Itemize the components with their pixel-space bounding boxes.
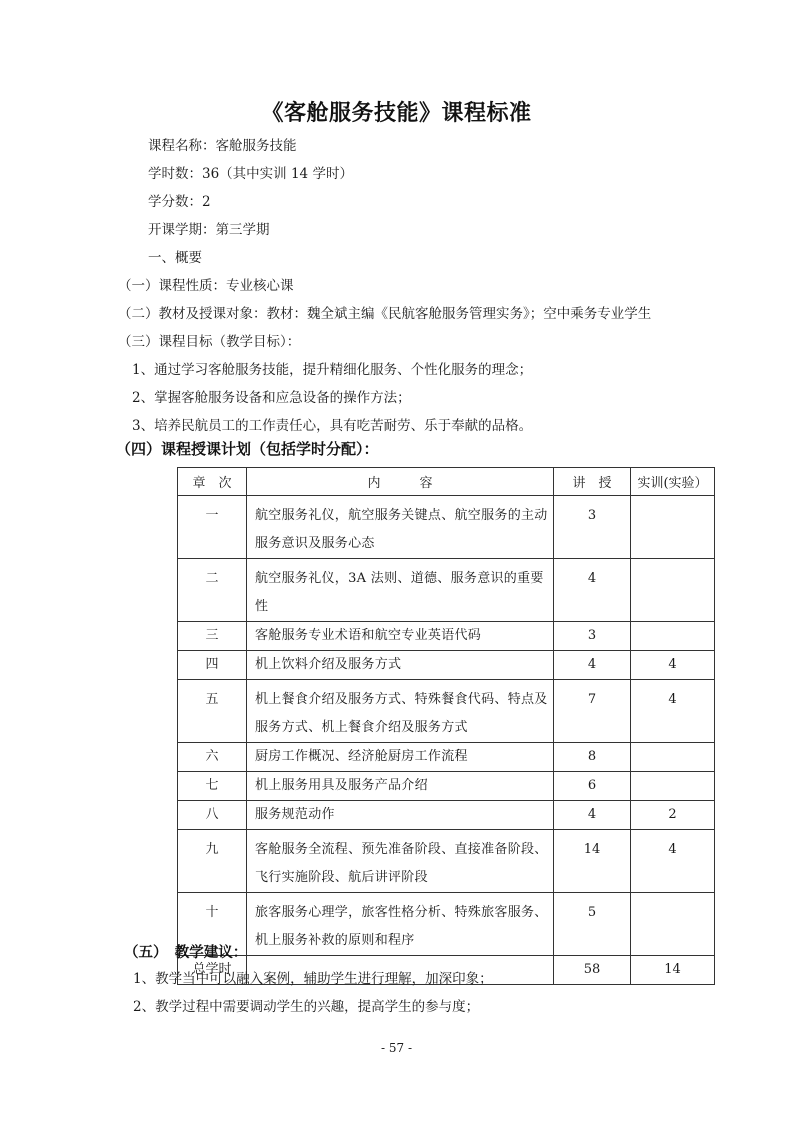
cell-lecture: 7: [554, 680, 630, 714]
suggestion-item: 1、教学当中可以融入案例，辅助学生进行理解，加深印象；: [133, 970, 493, 988]
cell-content: 厨房工作概况、经济舱厨房工作流程: [247, 743, 553, 770]
plan-heading: （四）课程授课计划（包括学时分配）：: [116, 438, 379, 459]
cell-content: 航空服务礼仪，航空服务关键点、航空服务的主动服务意识及服务心态: [247, 496, 553, 558]
cell-chapter: 五: [178, 680, 246, 714]
table-row: 八 服务规范动作 4 2: [178, 801, 715, 830]
cell-content: 机上饮料介绍及服务方式: [247, 651, 553, 678]
header-content: 内 容: [247, 468, 554, 496]
document-title: 《客舱服务技能》课程标准: [0, 96, 793, 127]
objectives-heading: （三）课程目标（教学目标）：: [118, 333, 300, 351]
cell-chapter: 十: [178, 893, 246, 927]
course-credits: 学分数：2: [148, 193, 211, 211]
cell-content: 机上服务用具及服务产品介绍: [247, 772, 553, 799]
cell-lecture: 4: [554, 559, 630, 593]
cell-practice: 4: [631, 651, 714, 678]
table-row: 四 机上饮料介绍及服务方式 4 4: [178, 651, 715, 680]
table-row: 十 旅客服务心理学，旅客性格分析、特殊旅客服务、机上服务补救的原则和程序 5: [178, 893, 715, 956]
table-header-row: 章 次 内 容 讲 授 实训(实验）: [178, 468, 715, 496]
cell-practice: [631, 743, 714, 744]
cell-chapter: 二: [178, 559, 246, 593]
table-row: 二 航空服务礼仪，3A 法则、道德、服务意识的重要性 4: [178, 559, 715, 622]
objective-item: 2、掌握客舱服务设备和应急设备的操作方法；: [132, 389, 411, 407]
cell-content: 客舱服务专业术语和航空专业英语代码: [247, 622, 553, 649]
cell-practice: [631, 496, 714, 502]
cell-lecture: 5: [554, 893, 630, 927]
course-nature: （一）课程性质：专业核心课: [118, 277, 294, 295]
course-name: 课程名称：客舱服务技能: [148, 137, 297, 155]
cell-content: 旅客服务心理学，旅客性格分析、特殊旅客服务、机上服务补救的原则和程序: [247, 893, 553, 955]
section-overview: 一、概要: [148, 249, 202, 267]
cell-lecture: 14: [554, 830, 630, 864]
header-chapter: 章 次: [178, 468, 247, 496]
cell-chapter: 四: [178, 651, 246, 678]
objective-item: 1、通过学习客舱服务技能，提升精细化服务、个性化服务的理念；: [132, 361, 532, 379]
suggestion-item: 2、教学过程中需要调动学生的兴趣，提高学生的参与度；: [133, 998, 479, 1016]
cell-lecture: 8: [554, 743, 630, 770]
course-hours: 学时数：36（其中实训 14 学时）: [148, 165, 353, 183]
cell-practice: [631, 893, 714, 899]
table-row: 九 客舱服务全流程、预先准备阶段、直接准备阶段、飞行实施阶段、航后讲评阶段 14…: [178, 830, 715, 893]
cell-practice: [631, 622, 714, 623]
header-lecture: 讲 授: [554, 468, 631, 496]
cell-lecture: 6: [554, 772, 630, 799]
cell-chapter: 一: [178, 496, 246, 530]
cell-practice: [631, 559, 714, 565]
cell-chapter: 七: [178, 772, 246, 799]
course-plan-table: 章 次 内 容 讲 授 实训(实验） 一 航空服务礼仪，航空服务关键点、航空服务…: [177, 467, 715, 985]
table-row: 一 航空服务礼仪，航空服务关键点、航空服务的主动服务意识及服务心态 3: [178, 496, 715, 559]
table-row: 三 客舱服务专业术语和航空专业英语代码 3: [178, 622, 715, 651]
cell-lecture: 3: [554, 622, 630, 649]
course-textbook: （二）教材及授课对象：教材：魏全斌主编《民航客舱服务管理实务》；空中乘务专业学生: [118, 305, 651, 323]
cell-practice: [631, 772, 714, 773]
cell-chapter: 九: [178, 830, 246, 864]
cell-content: 服务规范动作: [247, 801, 553, 828]
cell-content: 航空服务礼仪，3A 法则、道德、服务意识的重要性: [247, 559, 553, 621]
cell-content: 客舱服务全流程、预先准备阶段、直接准备阶段、飞行实施阶段、航后讲评阶段: [247, 830, 553, 892]
cell-practice: 4: [631, 830, 714, 864]
cell-content: 机上餐食介绍及服务方式、特殊餐食代码、特点及服务方式、机上餐食介绍及服务方式: [247, 680, 553, 742]
total-practice: 14: [631, 957, 714, 983]
document-page: 《客舱服务技能》课程标准 课程名称：客舱服务技能 学时数：36（其中实训 14 …: [0, 0, 793, 1122]
table-row: 六 厨房工作概况、经济舱厨房工作流程 8: [178, 743, 715, 772]
cell-chapter: 三: [178, 622, 246, 649]
cell-lecture: 3: [554, 496, 630, 530]
cell-lecture: 4: [554, 801, 630, 828]
course-semester: 开课学期：第三学期: [148, 221, 270, 239]
objective-item: 3、培养民航员工的工作责任心，具有吃苦耐劳、乐于奉献的品格。: [132, 417, 532, 435]
cell-practice: 4: [631, 680, 714, 714]
header-practice: 实训(实验）: [631, 468, 715, 496]
cell-lecture: 4: [554, 651, 630, 678]
table-row: 七 机上服务用具及服务产品介绍 6: [178, 772, 715, 801]
cell-practice: 2: [631, 801, 714, 828]
cell-chapter: 六: [178, 743, 246, 770]
page-number: - 57 -: [0, 1041, 793, 1055]
table-row: 五 机上餐食介绍及服务方式、特殊餐食代码、特点及服务方式、机上餐食介绍及服务方式…: [178, 680, 715, 743]
cell-chapter: 八: [178, 801, 246, 828]
suggestions-heading: （五） 教学建议：: [124, 941, 247, 962]
total-lecture: 58: [554, 957, 630, 983]
